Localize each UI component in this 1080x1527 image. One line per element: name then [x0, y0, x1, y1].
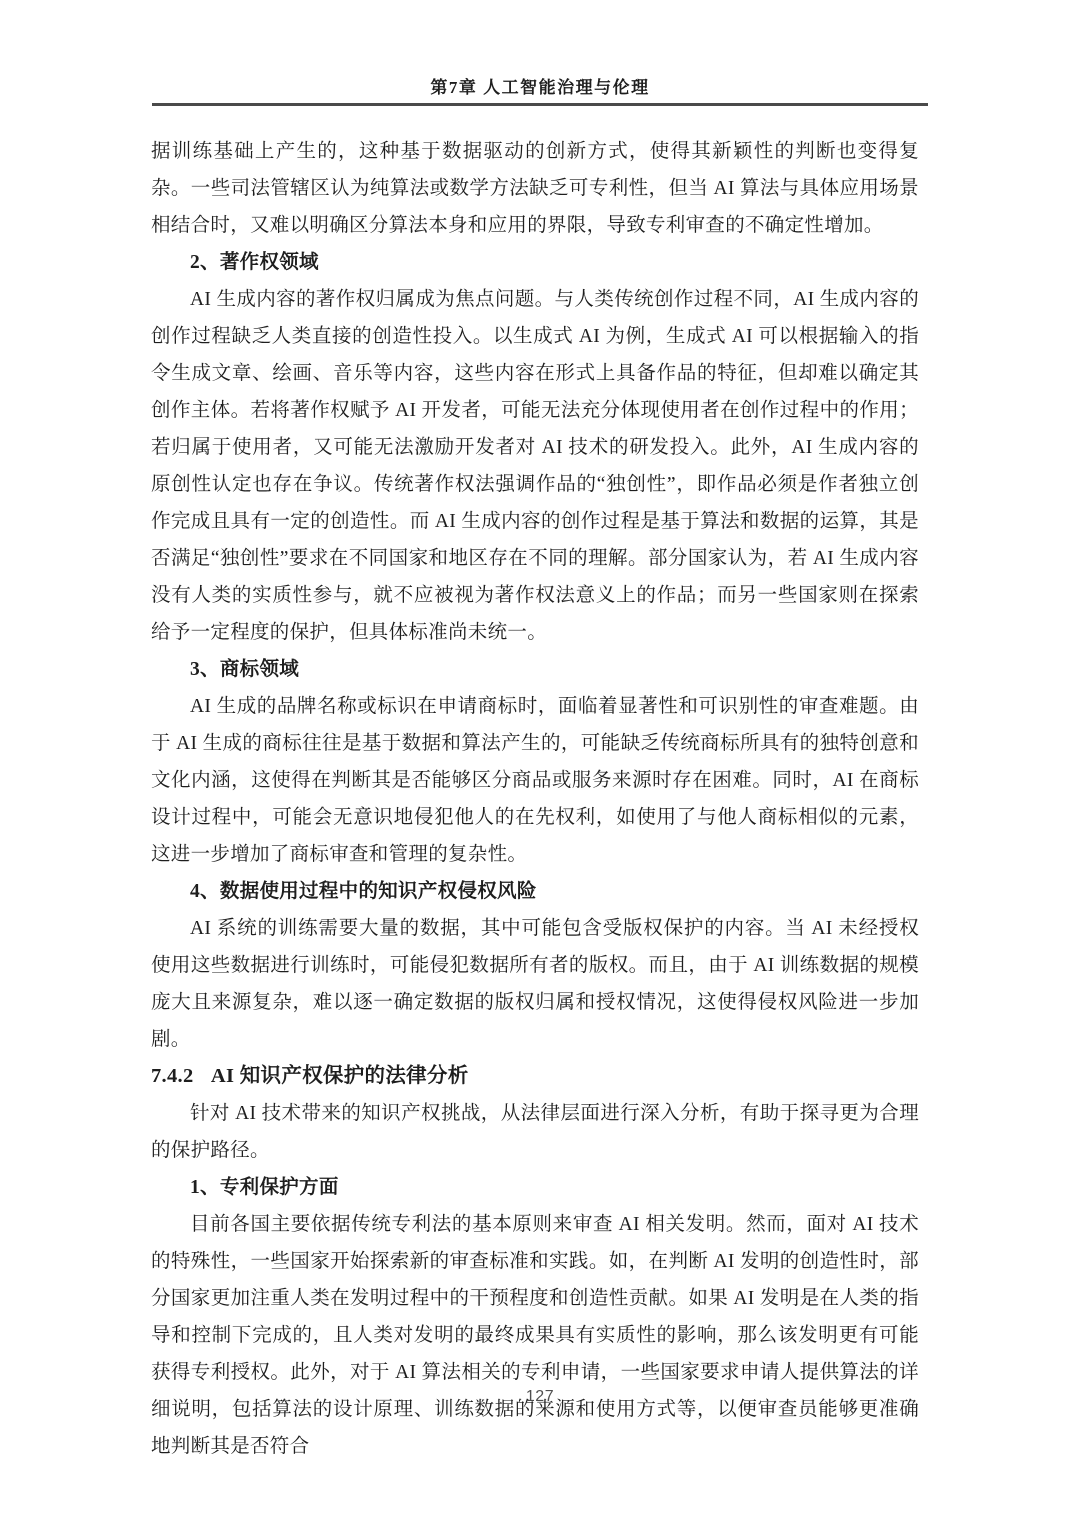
header-rule	[152, 103, 928, 106]
document-body: 据训练基础上产生的，这种基于数据驱动的创新方式，使得其新颖性的判断也变得复杂。一…	[151, 133, 919, 1465]
paragraph: AI 生成内容的著作权归属成为焦点问题。与人类传统创作过程不同，AI 生成内容的…	[151, 281, 919, 651]
page-footer: 127	[0, 1388, 1080, 1406]
section-title-text: AI 知识产权保护的法律分析	[211, 1065, 469, 1087]
subheading: 1、专利保护方面	[151, 1169, 919, 1206]
subheading: 2、著作权领域	[151, 244, 919, 281]
section-number: 7.4.2	[151, 1065, 194, 1087]
chapter-title: 第7章 人工智能治理与伦理	[430, 78, 649, 97]
page-number: 127	[526, 1388, 554, 1405]
paragraph-continuation: 据训练基础上产生的，这种基于数据驱动的创新方式，使得其新颖性的判断也变得复杂。一…	[151, 133, 919, 244]
paragraph: 目前各国主要依据传统专利法的基本原则来审查 AI 相关发明。然而，面对 AI 技…	[151, 1206, 919, 1465]
subheading: 3、商标领域	[151, 651, 919, 688]
document-page: 第7章 人工智能治理与伦理 据训练基础上产生的，这种基于数据驱动的创新方式，使得…	[0, 0, 1080, 1527]
paragraph: AI 系统的训练需要大量的数据，其中可能包含受版权保护的内容。当 AI 未经授权…	[151, 910, 919, 1058]
section-heading: 7.4.2AI 知识产权保护的法律分析	[151, 1058, 919, 1095]
paragraph: 针对 AI 技术带来的知识产权挑战，从法律层面进行深入分析，有助于探寻更为合理的…	[151, 1095, 919, 1169]
running-header: 第7章 人工智能治理与伦理	[152, 73, 928, 106]
subheading: 4、数据使用过程中的知识产权侵权风险	[151, 873, 919, 910]
paragraph: AI 生成的品牌名称或标识在申请商标时，面临着显著性和可识别性的审查难题。由于 …	[151, 688, 919, 873]
